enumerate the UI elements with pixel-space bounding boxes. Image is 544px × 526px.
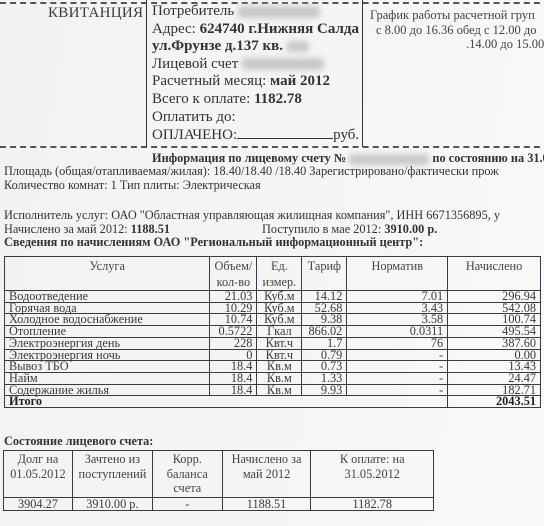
balance-charged: 1188.51 bbox=[222, 498, 311, 511]
consumer-line: Потребитель bbox=[152, 3, 359, 21]
total-line: Всего к оплате: 1182.78 bbox=[152, 91, 359, 109]
address-line: Адрес: 624740 г.Нижняя Салда bbox=[152, 21, 359, 39]
schedule-line-2: с 8.00 до 16.36 обед с 12.00 до bbox=[376, 23, 537, 38]
period-label: Расчетный месяц: bbox=[152, 73, 266, 89]
divider-right bbox=[362, 0, 363, 147]
paid-amount-field bbox=[237, 126, 333, 139]
address-value: 624740 г.Нижняя Салда bbox=[200, 21, 359, 37]
received-label: Поступило в мае 2012: bbox=[262, 222, 381, 236]
address-street: ул.Фрунзе д.137 кв. bbox=[152, 38, 283, 54]
paid-line: ОПЛАЧЕНО:руб. bbox=[152, 126, 359, 145]
cell-norm: 76 bbox=[347, 337, 448, 349]
header-unit: Ед. измер. bbox=[257, 257, 302, 291]
account-label: Лицевой счет bbox=[152, 56, 238, 72]
provider-info: Исполнитель услуг: ОАО "Областная управл… bbox=[4, 208, 500, 223]
cell-norm: - bbox=[347, 349, 448, 361]
redacted-apartment bbox=[287, 41, 309, 52]
address-label: Адрес: bbox=[152, 21, 196, 37]
charges-body: Водоотведение21.03Куб.м14.127.01296.94Го… bbox=[5, 291, 541, 396]
period-value: май 2012 bbox=[270, 73, 330, 89]
total-row-value: 2043.51 bbox=[448, 396, 541, 408]
cell-unit: Кв.м bbox=[257, 384, 302, 396]
charges-total-row: Итого 2043.51 bbox=[5, 396, 541, 408]
cell-norm: - bbox=[347, 372, 448, 384]
header-norm: Норматив bbox=[347, 257, 448, 291]
rooms-info: Количество комнат: 1 Тип плиты: Электрич… bbox=[4, 178, 261, 193]
header-charged: Начислено bbox=[448, 257, 541, 291]
balance-to-pay: 1182.78 bbox=[311, 498, 434, 511]
balance-value-row: 3904.27 3910.00 р. - 1188.51 1182.78 bbox=[4, 498, 434, 511]
schedule-line-1: График работы расчетной груп bbox=[370, 8, 535, 23]
balance-header-credited: Зачтено из поступлений bbox=[72, 451, 152, 498]
consumer-block: Потребитель Адрес: 624740 г.Нижняя Салда… bbox=[152, 3, 359, 145]
paid-currency: руб. bbox=[333, 127, 359, 143]
balance-credited: 3910.00 р. bbox=[72, 498, 152, 511]
consumer-label: Потребитель bbox=[152, 3, 234, 19]
account-line: Лицевой счет bbox=[152, 56, 359, 74]
total-row-label: Итого bbox=[5, 396, 448, 408]
account-info-title-prefix: Информация по лицевому счету № bbox=[152, 151, 346, 165]
balance-header-charged: Начислено за май 2012 bbox=[222, 451, 311, 498]
address-line-2: ул.Фрунзе д.137 кв. bbox=[152, 38, 359, 56]
received-value: 3910.00 р. bbox=[384, 222, 437, 236]
period-line: Расчетный месяц: май 2012 bbox=[152, 73, 359, 91]
total-value: 1182.78 bbox=[254, 91, 302, 107]
charges-header-row: Услуга Объем/ кол-во Ед. измер. Тариф Но… bbox=[5, 257, 541, 291]
redacted-account bbox=[242, 58, 324, 70]
balance-debt: 3904.27 bbox=[4, 498, 73, 511]
balance-table: Долг на 01.05.2012 Зачтено из поступлени… bbox=[3, 450, 434, 511]
balance-header-debt: Долг на 01.05.2012 bbox=[4, 451, 73, 498]
cell-norm: - bbox=[347, 384, 448, 396]
divider-left bbox=[146, 0, 147, 147]
due-line: Оплатить до: bbox=[152, 109, 359, 127]
balance-header-to-pay: К оплате: на 31.05.2012 bbox=[311, 451, 434, 498]
charged-label: Начислено за май 2012: bbox=[4, 222, 128, 236]
cut-line-middle bbox=[0, 146, 544, 148]
receipt-title: КВИТАНЦИЯ bbox=[48, 5, 143, 22]
balance-title: Состояние лицевого счета: bbox=[4, 434, 153, 449]
balance-header-correction: Корр. баланса счета bbox=[152, 451, 222, 498]
balance-correction: - bbox=[152, 498, 222, 511]
total-label: Всего к оплате: bbox=[152, 91, 250, 107]
schedule-line-3: .14.00 до 15.00 bbox=[466, 37, 544, 52]
balance-header-row: Долг на 01.05.2012 Зачтено из поступлени… bbox=[4, 451, 434, 498]
charges-title: Сведения по начислениям ОАО "Региональны… bbox=[4, 235, 423, 250]
due-label: Оплатить до: bbox=[152, 109, 236, 125]
header-service: Услуга bbox=[5, 257, 210, 291]
paid-label: ОПЛАЧЕНО: bbox=[152, 127, 237, 143]
redacted-consumer bbox=[238, 6, 320, 18]
table-row: Содержание жилья18.4Кв.м9.93-182.71 bbox=[5, 384, 541, 396]
area-info: Площадь (общая/отапливаемая/жилая): 18.4… bbox=[4, 164, 499, 179]
account-info-title-suffix: по состоянию на 31.05.2 bbox=[432, 151, 544, 165]
cell-volume: 18.4 bbox=[210, 384, 257, 396]
header-volume: Объем/ кол-во bbox=[210, 257, 257, 291]
cell-norm: - bbox=[347, 361, 448, 373]
charged-value: 1188.51 bbox=[131, 222, 170, 236]
cell-tariff: 9.93 bbox=[302, 384, 347, 396]
charges-table: Услуга Объем/ кол-во Ед. измер. Тариф Но… bbox=[4, 256, 541, 408]
header-tariff: Тариф bbox=[302, 257, 347, 291]
